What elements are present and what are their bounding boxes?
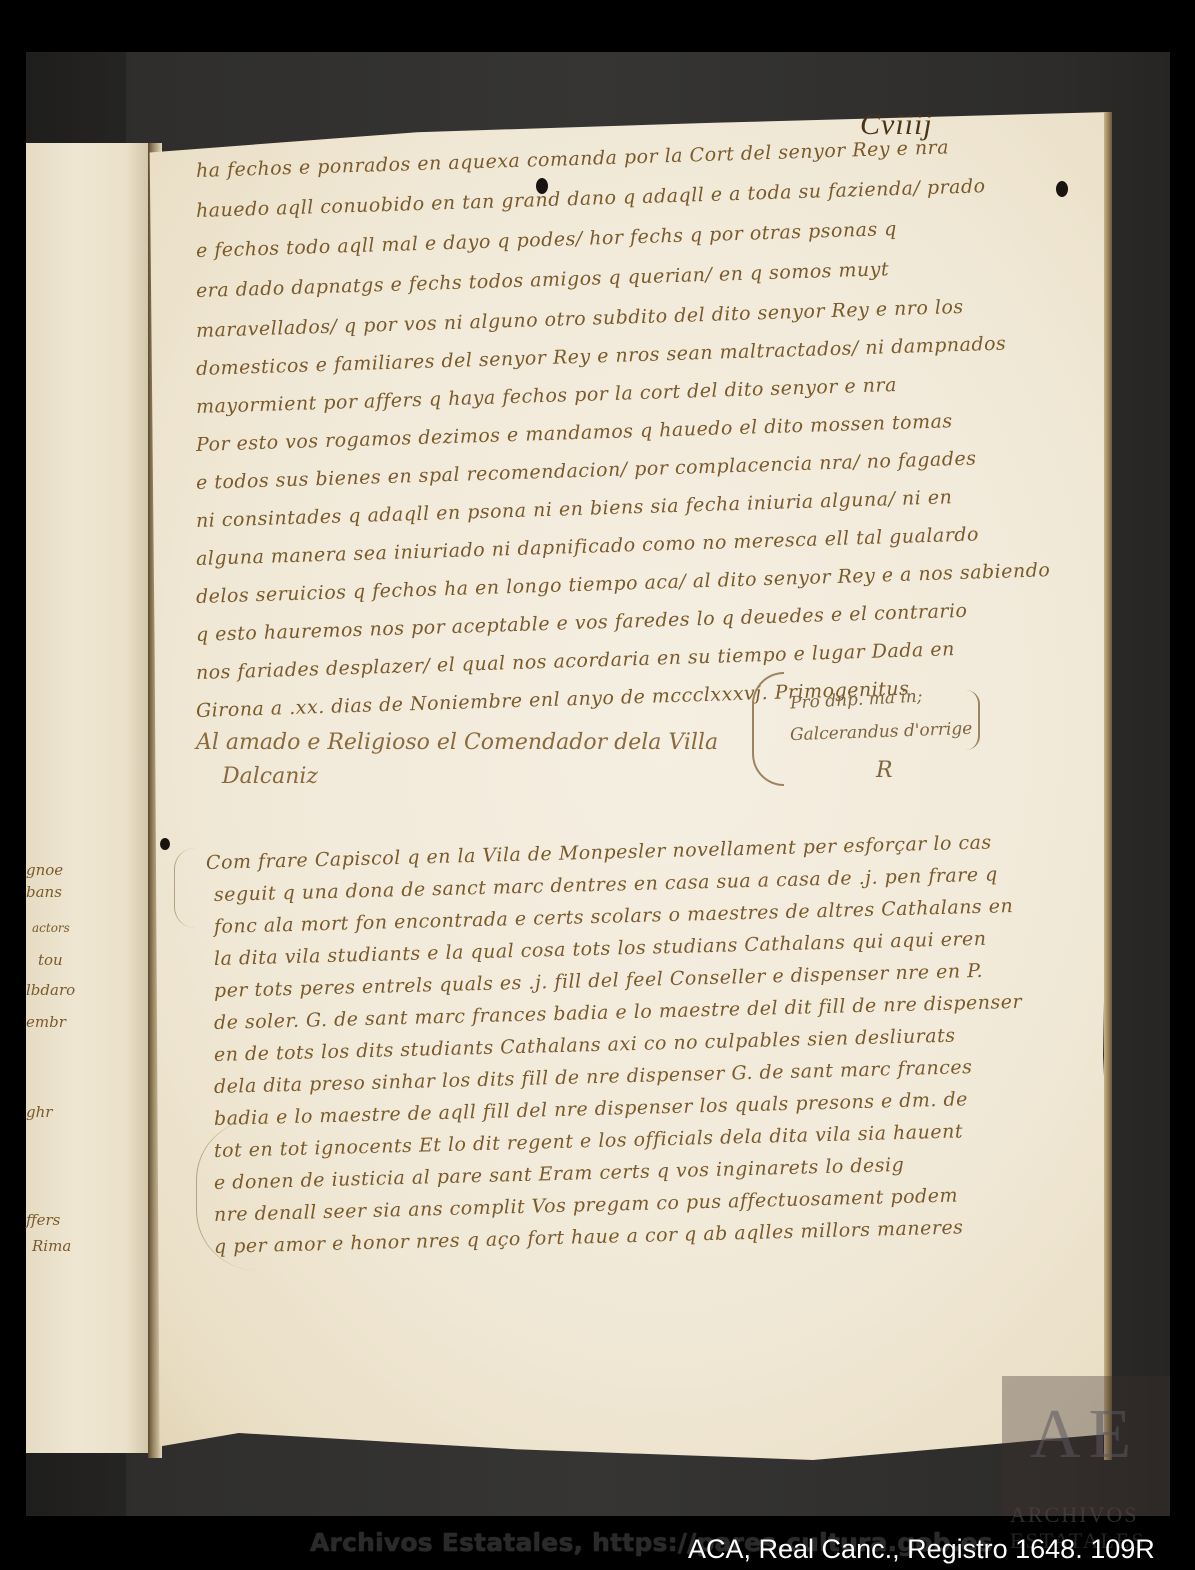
- marginal-note: bans: [26, 883, 62, 901]
- address-heading: Al amado e Religioso el Comendador dela …: [196, 730, 718, 755]
- binding-hole: [1056, 181, 1068, 197]
- signature-bracket: [752, 672, 784, 786]
- marginal-note: lbdaro: [26, 981, 75, 999]
- signature-mark: R: [876, 758, 893, 783]
- left-facing-page: gnoe bans actors tou lbdaro embr ghr ffe…: [26, 143, 154, 1453]
- margin-bracket: [174, 848, 195, 928]
- marginal-note: ffers: [26, 1211, 60, 1229]
- marginal-note: actors: [32, 921, 70, 935]
- address-heading-line-2: Dalcaniz: [222, 764, 318, 789]
- archive-logo-mark: AE: [1030, 1395, 1139, 1475]
- marginal-note: ghr: [26, 1103, 52, 1121]
- document-reference-label: ACA, Real Canc., Registro 1648. 109R: [688, 1534, 1155, 1565]
- marginal-note: gnoe: [26, 861, 63, 879]
- marginal-note: Rima: [32, 1237, 71, 1255]
- marginal-note: embr: [26, 1013, 66, 1031]
- page-edge: [1104, 112, 1112, 1460]
- archive-logo-line-1: ARCHIVOS: [1010, 1502, 1138, 1528]
- marginal-note: tou: [38, 951, 63, 969]
- binding-hole: [160, 838, 170, 850]
